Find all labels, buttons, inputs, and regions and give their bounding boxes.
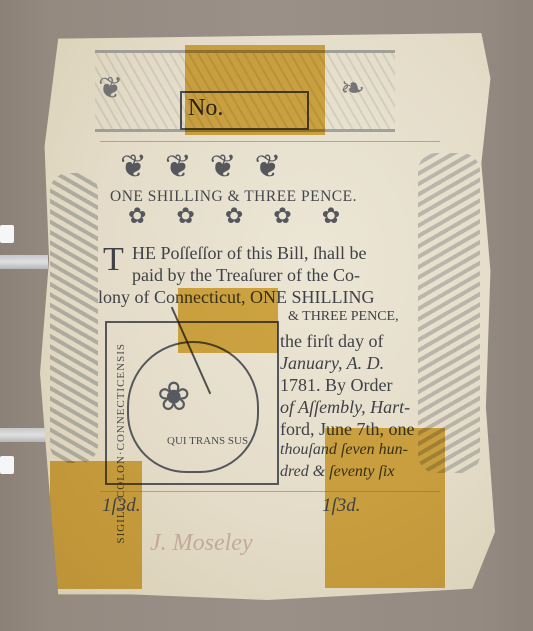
text-line-1: HE Poſſeſſor of this Bill, ſhall be (132, 243, 366, 264)
text-line-6: January, A. D. (280, 353, 384, 374)
grapevine-icon: ❀ (157, 373, 191, 420)
flourish-row-bottom-icon: ✿✿✿✿✿ (128, 203, 370, 229)
seal-motto: QUI TRANS SUS (167, 435, 248, 447)
divider-bottom (100, 491, 440, 492)
display-clip-lower (0, 428, 48, 442)
text-line-5: the firſt day of (280, 331, 383, 352)
text-line-4: & THREE PENCE, (288, 309, 399, 325)
ornamental-left-border (50, 173, 98, 463)
tape-center (178, 288, 278, 353)
display-pin-upper (0, 225, 14, 243)
banknote: ❦ ❧ No. ❦❦❦❦ ONE SHILLING & THREE PENCE.… (40, 33, 495, 600)
display-pin-lower (0, 456, 14, 474)
flourish-row-top-icon: ❦❦❦❦ (120, 147, 299, 185)
scroll-ornament-right-icon: ❧ (340, 71, 365, 106)
display-clip-upper (0, 255, 48, 269)
ornamental-right-border (418, 153, 480, 473)
value-mark-right: 1ſ3d. (322, 495, 361, 517)
drop-cap: T (103, 241, 124, 279)
text-line-8: of Aſſembly, Hart- (280, 397, 410, 418)
text-line-7: 1781. By Order (280, 375, 392, 396)
divider-top (100, 141, 440, 142)
tape-top (185, 45, 325, 135)
seal-ring (127, 341, 259, 473)
scroll-ornament-left-icon: ❦ (98, 71, 123, 106)
signature: J. Moseley (150, 530, 253, 557)
value-mark-left: 1ſ3d. (102, 495, 141, 517)
text-line-2: paid by the Treaſurer of the Co- (132, 265, 360, 286)
tape-bottom-left (50, 461, 142, 589)
